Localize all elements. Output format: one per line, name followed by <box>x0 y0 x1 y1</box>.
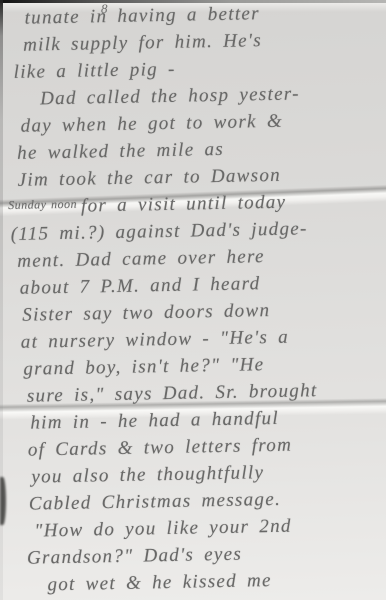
scan-edge-top <box>0 0 386 3</box>
letter-page: 8 tunate in having a better milk supply … <box>0 0 386 600</box>
handwritten-line-text: for a visit until today <box>81 192 287 217</box>
scan-artifact-blob <box>0 477 6 525</box>
handwritten-line: got wet & he kissed me <box>47 565 386 599</box>
inserted-note: Sunday noon <box>8 191 77 219</box>
handwritten-text: tunate in having a better milk supply fo… <box>0 0 386 599</box>
